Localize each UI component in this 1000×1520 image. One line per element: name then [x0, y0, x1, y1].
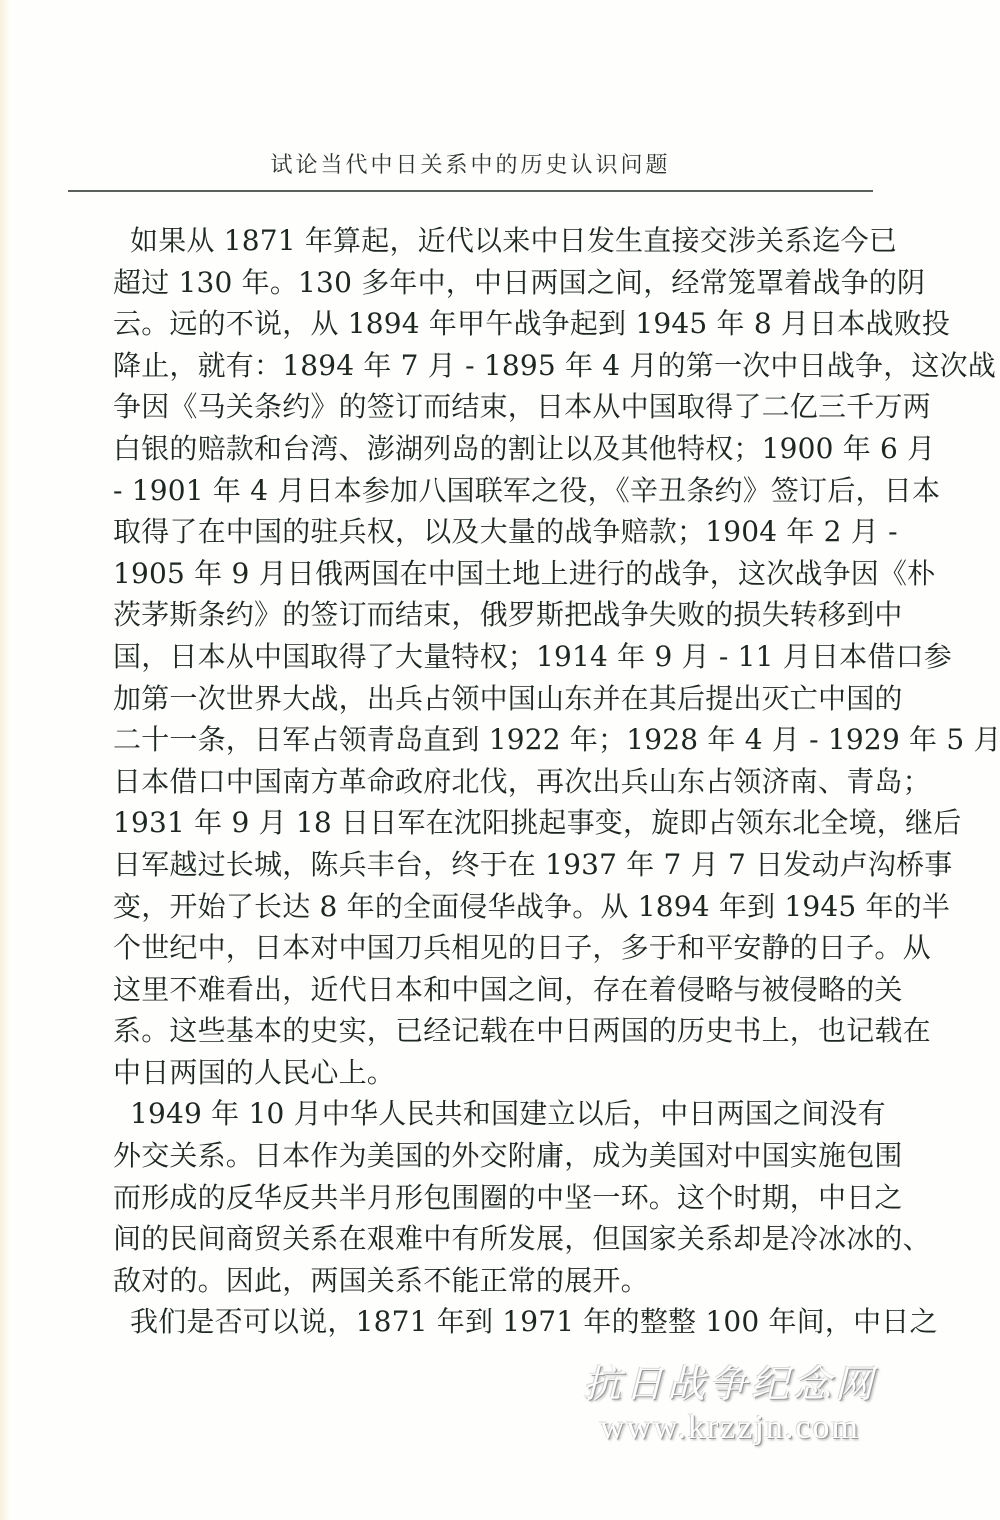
running-header: 试论当代中日关系中的历史认识问题: [68, 148, 873, 179]
text-line: 变，开始了长达 8 年的全面侵华战争。从 1894 年到 1945 年的半: [113, 886, 873, 928]
text-line: 1931 年 9 月 18 日日军在沈阳挑起事变，旋即占领东北全境，继后: [113, 802, 873, 844]
text-line: 超过 130 年。130 多年中，中日两国之间，经常笼罩着战争的阴: [113, 262, 873, 304]
text-line: 这里不难看出，近代日本和中国之间，存在着侵略与被侵略的关: [113, 969, 873, 1011]
text-line: 而形成的反华反共半月形包围圈的中坚一环。这个时期，中日之: [113, 1177, 873, 1219]
text-line: 降止，就有：1894 年 7 月 - 1895 年 4 月的第一次中日战争，这次…: [113, 345, 873, 387]
text-line: 敌对的。因此，两国关系不能正常的展开。: [113, 1260, 873, 1302]
page-edge: [0, 0, 10, 1520]
text-line: 外交关系。日本作为美国的外交附庸，成为美国对中国实施包围: [113, 1135, 873, 1177]
text-line: 茨茅斯条约》的签订而结束，俄罗斯把战争失败的损失转移到中: [113, 594, 873, 636]
header-rule: [68, 190, 873, 192]
text-line: 1949 年 10 月中华人民共和国建立以后，中日两国之间没有: [113, 1093, 873, 1135]
text-line: 如果从 1871 年算起，近代以来中日发生直接交涉关系迄今已: [113, 220, 873, 262]
text-line: 我们是否可以说，1871 年到 1971 年的整整 100 年间，中日之: [113, 1301, 873, 1343]
text-line: 中日两国的人民心上。: [113, 1052, 873, 1094]
text-line: 国，日本从中国取得了大量特权；1914 年 9 月 - 11 月日本借口参: [113, 636, 873, 678]
text-line: 日军越过长城，陈兵丰台，终于在 1937 年 7 月 7 日发动卢沟桥事: [113, 844, 873, 886]
text-line: 间的民间商贸关系在艰难中有所发展，但国家关系却是冷冰冰的、: [113, 1218, 873, 1260]
text-line: 云。远的不说，从 1894 年甲午战争起到 1945 年 8 月日本战败投: [113, 303, 873, 345]
watermark-site-name: 抗日战争纪念网: [560, 1360, 900, 1408]
text-line: 日本借口中国南方革命政府北伐，再次出兵山东占领济南、青岛；: [113, 761, 873, 803]
text-line: 白银的赔款和台湾、澎湖列岛的割让以及其他特权；1900 年 6 月: [113, 428, 873, 470]
body-text: 如果从 1871 年算起，近代以来中日发生直接交涉关系迄今已 超过 130 年。…: [113, 220, 873, 1343]
text-line: 取得了在中国的驻兵权，以及大量的战争赔款；1904 年 2 月 -: [113, 511, 873, 553]
text-line: 个世纪中，日本对中国刀兵相见的日子，多于和平安静的日子。从: [113, 927, 873, 969]
text-line: 加第一次世界大战，出兵占领中国山东并在其后提出灭亡中国的: [113, 678, 873, 720]
paragraph-1: 如果从 1871 年算起，近代以来中日发生直接交涉关系迄今已 超过 130 年。…: [113, 220, 873, 1093]
text-line: - 1901 年 4 月日本参加八国联军之役，《辛丑条约》签订后，日本: [113, 470, 873, 512]
text-line: 1905 年 9 月日俄两国在中国土地上进行的战争，这次战争因《朴: [113, 553, 873, 595]
watermark: 抗日战争纪念网 www.krzzjn.com: [560, 1360, 900, 1448]
text-line: 争因《马关条约》的签订而结束，日本从中国取得了二亿三千万两: [113, 386, 873, 428]
text-line: 系。这些基本的史实，已经记载在中日两国的历史书上，也记载在: [113, 1010, 873, 1052]
paragraph-2: 1949 年 10 月中华人民共和国建立以后，中日两国之间没有 外交关系。日本作…: [113, 1093, 873, 1301]
watermark-url: www.krzzjn.com: [560, 1408, 900, 1448]
text-line: 二十一条，日军占领青岛直到 1922 年；1928 年 4 月 - 1929 年…: [113, 719, 873, 761]
paragraph-3: 我们是否可以说，1871 年到 1971 年的整整 100 年间，中日之: [113, 1301, 873, 1343]
